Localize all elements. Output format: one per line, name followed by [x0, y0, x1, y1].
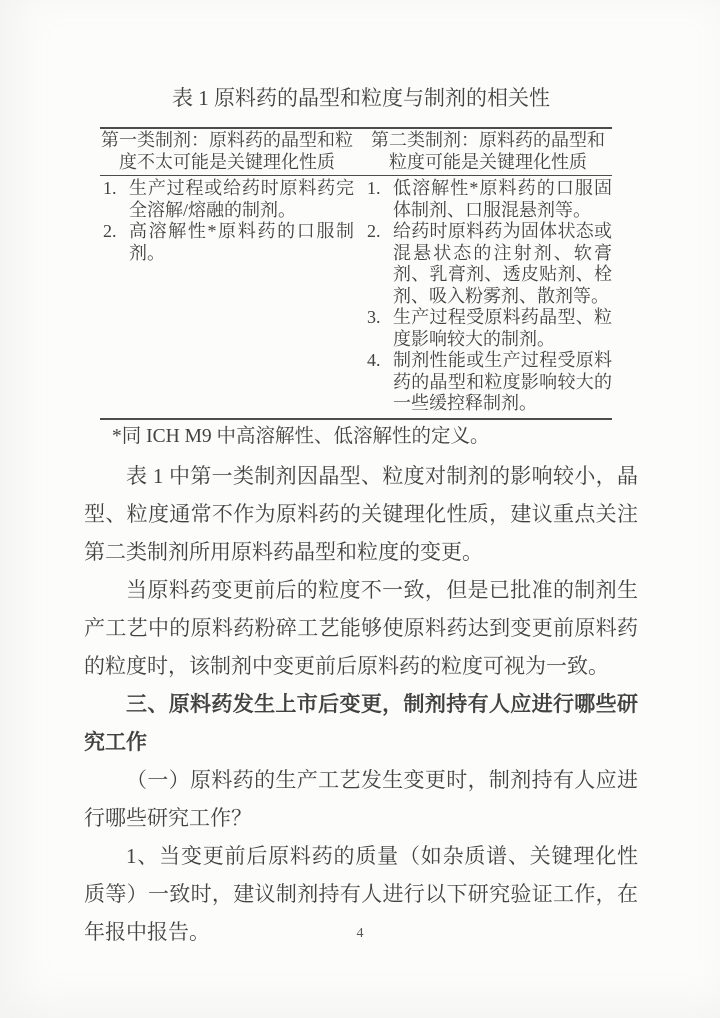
table-cell-item: 制剂性能或生产过程受原料药的晶型和粒度影响较大的一些缓控释制剂。 [364, 350, 612, 415]
table-cell-item: 生产过程受原料药晶型、粒度影响较大的制剂。 [364, 307, 612, 350]
table-footnote: *同 ICH M9 中高溶解性、低溶解性的定义。 [112, 425, 638, 449]
table-caption: 表 1 原料药的晶型和粒度与制剂的相关性 [84, 86, 638, 110]
paragraph: 当原料药变更前后的粒度不一致，但是已批准的制剂生产工艺中的原料药粉碎工艺能够使原… [84, 571, 638, 685]
table-cell-text: 制剂性能或生产过程受原料药的晶型和粒度影响较大的一些缓控释制剂。 [393, 350, 612, 413]
table-cell-item: 高溶解性*原料药的口服制剂。 [100, 221, 354, 264]
table-cell-item: 给药时原料药为固体状态或混悬状态的注射剂、软膏剂、乳膏剂、透皮贴剂、栓剂、吸入粉… [364, 221, 612, 307]
relevance-table: 第一类制剂：原料药的晶型和粒度不太可能是关键理化性质 第二类制剂：原料药的晶型和… [100, 127, 612, 420]
table-cell-text: 生产过程受原料药晶型、粒度影响较大的制剂。 [393, 307, 612, 349]
table-cell-text: 低溶解性*原料药的口服固体制剂、口服混悬剂等。 [393, 178, 612, 220]
table-cell-text: 高溶解性*原料药的口服制剂。 [129, 221, 354, 263]
subsection-heading: （一）原料药的生产工艺发生变更时，制剂持有人应进行哪些研究工作？ [84, 761, 638, 837]
table-header-col2: 第二类制剂：原料药的晶型和粒度可能是关键理化性质 [364, 130, 612, 173]
table-header-row: 第一类制剂：原料药的晶型和粒度不太可能是关键理化性质 第二类制剂：原料药的晶型和… [100, 129, 612, 176]
table-col1-list: 生产过程或给药时原料药完全溶解/熔融的制剂。 高溶解性*原料药的口服制剂。 [100, 178, 354, 415]
table-cell-text: 生产过程或给药时原料药完全溶解/熔融的制剂。 [129, 178, 354, 220]
section-heading: 三、原料药发生上市后变更，制剂持有人应进行哪些研究工作 [84, 685, 638, 761]
document-content: 表 1 原料药的晶型和粒度与制剂的相关性 第一类制剂：原料药的晶型和粒度不太可能… [84, 86, 638, 951]
table-cell-item: 低溶解性*原料药的口服固体制剂、口服混悬剂等。 [364, 178, 612, 221]
table-header-col1: 第一类制剂：原料药的晶型和粒度不太可能是关键理化性质 [100, 130, 354, 173]
paragraph: 表 1 中第一类制剂因晶型、粒度对制剂的影响较小，晶型、粒度通常不作为原料药的关… [84, 457, 638, 571]
table-cell-item: 生产过程或给药时原料药完全溶解/熔融的制剂。 [100, 178, 354, 221]
table-body-row: 生产过程或给药时原料药完全溶解/熔融的制剂。 高溶解性*原料药的口服制剂。 低溶… [100, 176, 612, 418]
page-number: 4 [0, 926, 720, 942]
document-page: 表 1 原料药的晶型和粒度与制剂的相关性 第一类制剂：原料药的晶型和粒度不太可能… [0, 0, 720, 1018]
table-cell-text: 给药时原料药为固体状态或混悬状态的注射剂、软膏剂、乳膏剂、透皮贴剂、栓剂、吸入粉… [393, 221, 612, 306]
table-col2-list: 低溶解性*原料药的口服固体制剂、口服混悬剂等。 给药时原料药为固体状态或混悬状态… [364, 178, 612, 415]
